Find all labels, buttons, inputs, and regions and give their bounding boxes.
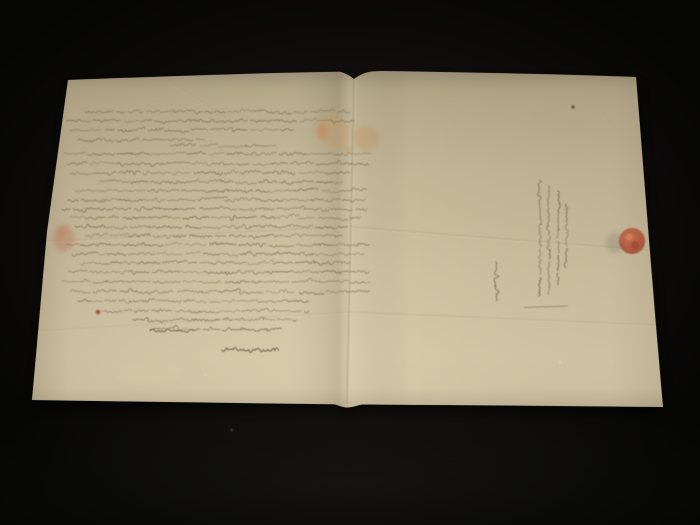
dust-speck bbox=[231, 429, 234, 432]
photo-stage bbox=[0, 0, 700, 525]
dust-speck bbox=[571, 105, 574, 108]
wax-seal bbox=[619, 228, 645, 254]
dust-speck bbox=[559, 361, 562, 364]
stain bbox=[316, 124, 328, 140]
left-seal-remnant-core bbox=[57, 227, 67, 239]
wax-seal-highlight bbox=[626, 234, 633, 241]
wax-seal-blotch bbox=[631, 241, 639, 249]
stain bbox=[342, 145, 354, 153]
red-wax-dot bbox=[96, 310, 101, 315]
dust-speck bbox=[204, 374, 206, 376]
letter-photo bbox=[0, 0, 700, 525]
